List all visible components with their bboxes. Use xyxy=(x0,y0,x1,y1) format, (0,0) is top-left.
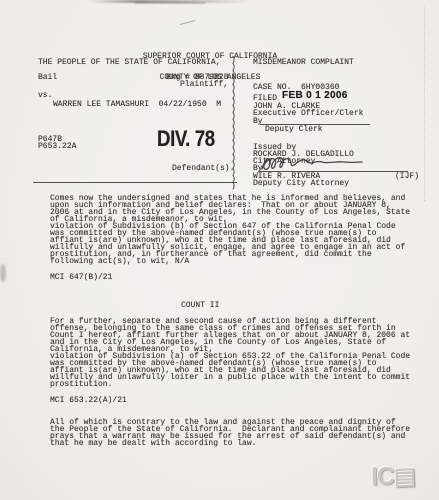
charge-code-2: P653.22A xyxy=(38,143,76,150)
bail-label: Bail xyxy=(38,74,57,81)
closing-paragraph: All of which is contrary to the law and … xyxy=(50,419,410,447)
watermark-box-icon: ▤ xyxy=(394,462,417,489)
mci-code-1: MCI 647(B)/21 xyxy=(50,274,112,281)
count1-paragraph: Comes now the undersigned and states tha… xyxy=(50,195,410,265)
count2-heading: COUNT II xyxy=(181,302,219,309)
scan-edge-blob-artifact xyxy=(0,264,6,282)
clerk-title: Executive Officer/Clerk xyxy=(253,110,363,117)
division-stamp: DIV. 78 xyxy=(157,128,215,150)
count2-paragraph: For a further, separate and second cause… xyxy=(50,318,410,388)
defendant-name-line: WARREN LEE TAMASHURI 04/22/1950 M xyxy=(53,101,221,108)
deputy-attorney-ref: (IJF) xyxy=(395,173,419,180)
scanned-court-document: SUPERIOR COURT OF CALIFORNIA COUNTY OF L… xyxy=(0,0,439,500)
deputy-attorney-title: Deputy City Attorney xyxy=(253,180,349,187)
caption-paren-column: ) ) ) ) ) ) ) ) ) ) ) ) ) ) ) ) ) ) ) xyxy=(231,57,236,190)
vs-label: vs. xyxy=(38,92,52,99)
complaint-title: MISDEMEANOR COMPLAINT xyxy=(253,59,354,66)
watermark-logo: IC▤ xyxy=(371,462,417,490)
caption-divider-line xyxy=(33,182,237,183)
plaintiff-name: THE PEOPLE OF THE STATE OF CALIFORNIA, xyxy=(38,59,220,66)
plaintiff-label: Plaintiff, xyxy=(180,81,228,88)
defendants-label: Defendant(s). xyxy=(172,165,234,172)
mci-code-2: MCI 653.22(A)/21 xyxy=(50,397,127,404)
watermark-letters: IC xyxy=(371,462,395,491)
scan-streak-artifact xyxy=(135,2,205,4)
filed-date-stamp: FEB 0 1 2006 xyxy=(282,90,348,101)
deputy-clerk-label: Deputy Clerk xyxy=(265,126,323,133)
filed-label: FILED xyxy=(253,95,277,102)
pen-mark-artifact xyxy=(180,20,197,30)
scan-edge-dots-artifact xyxy=(424,6,425,201)
